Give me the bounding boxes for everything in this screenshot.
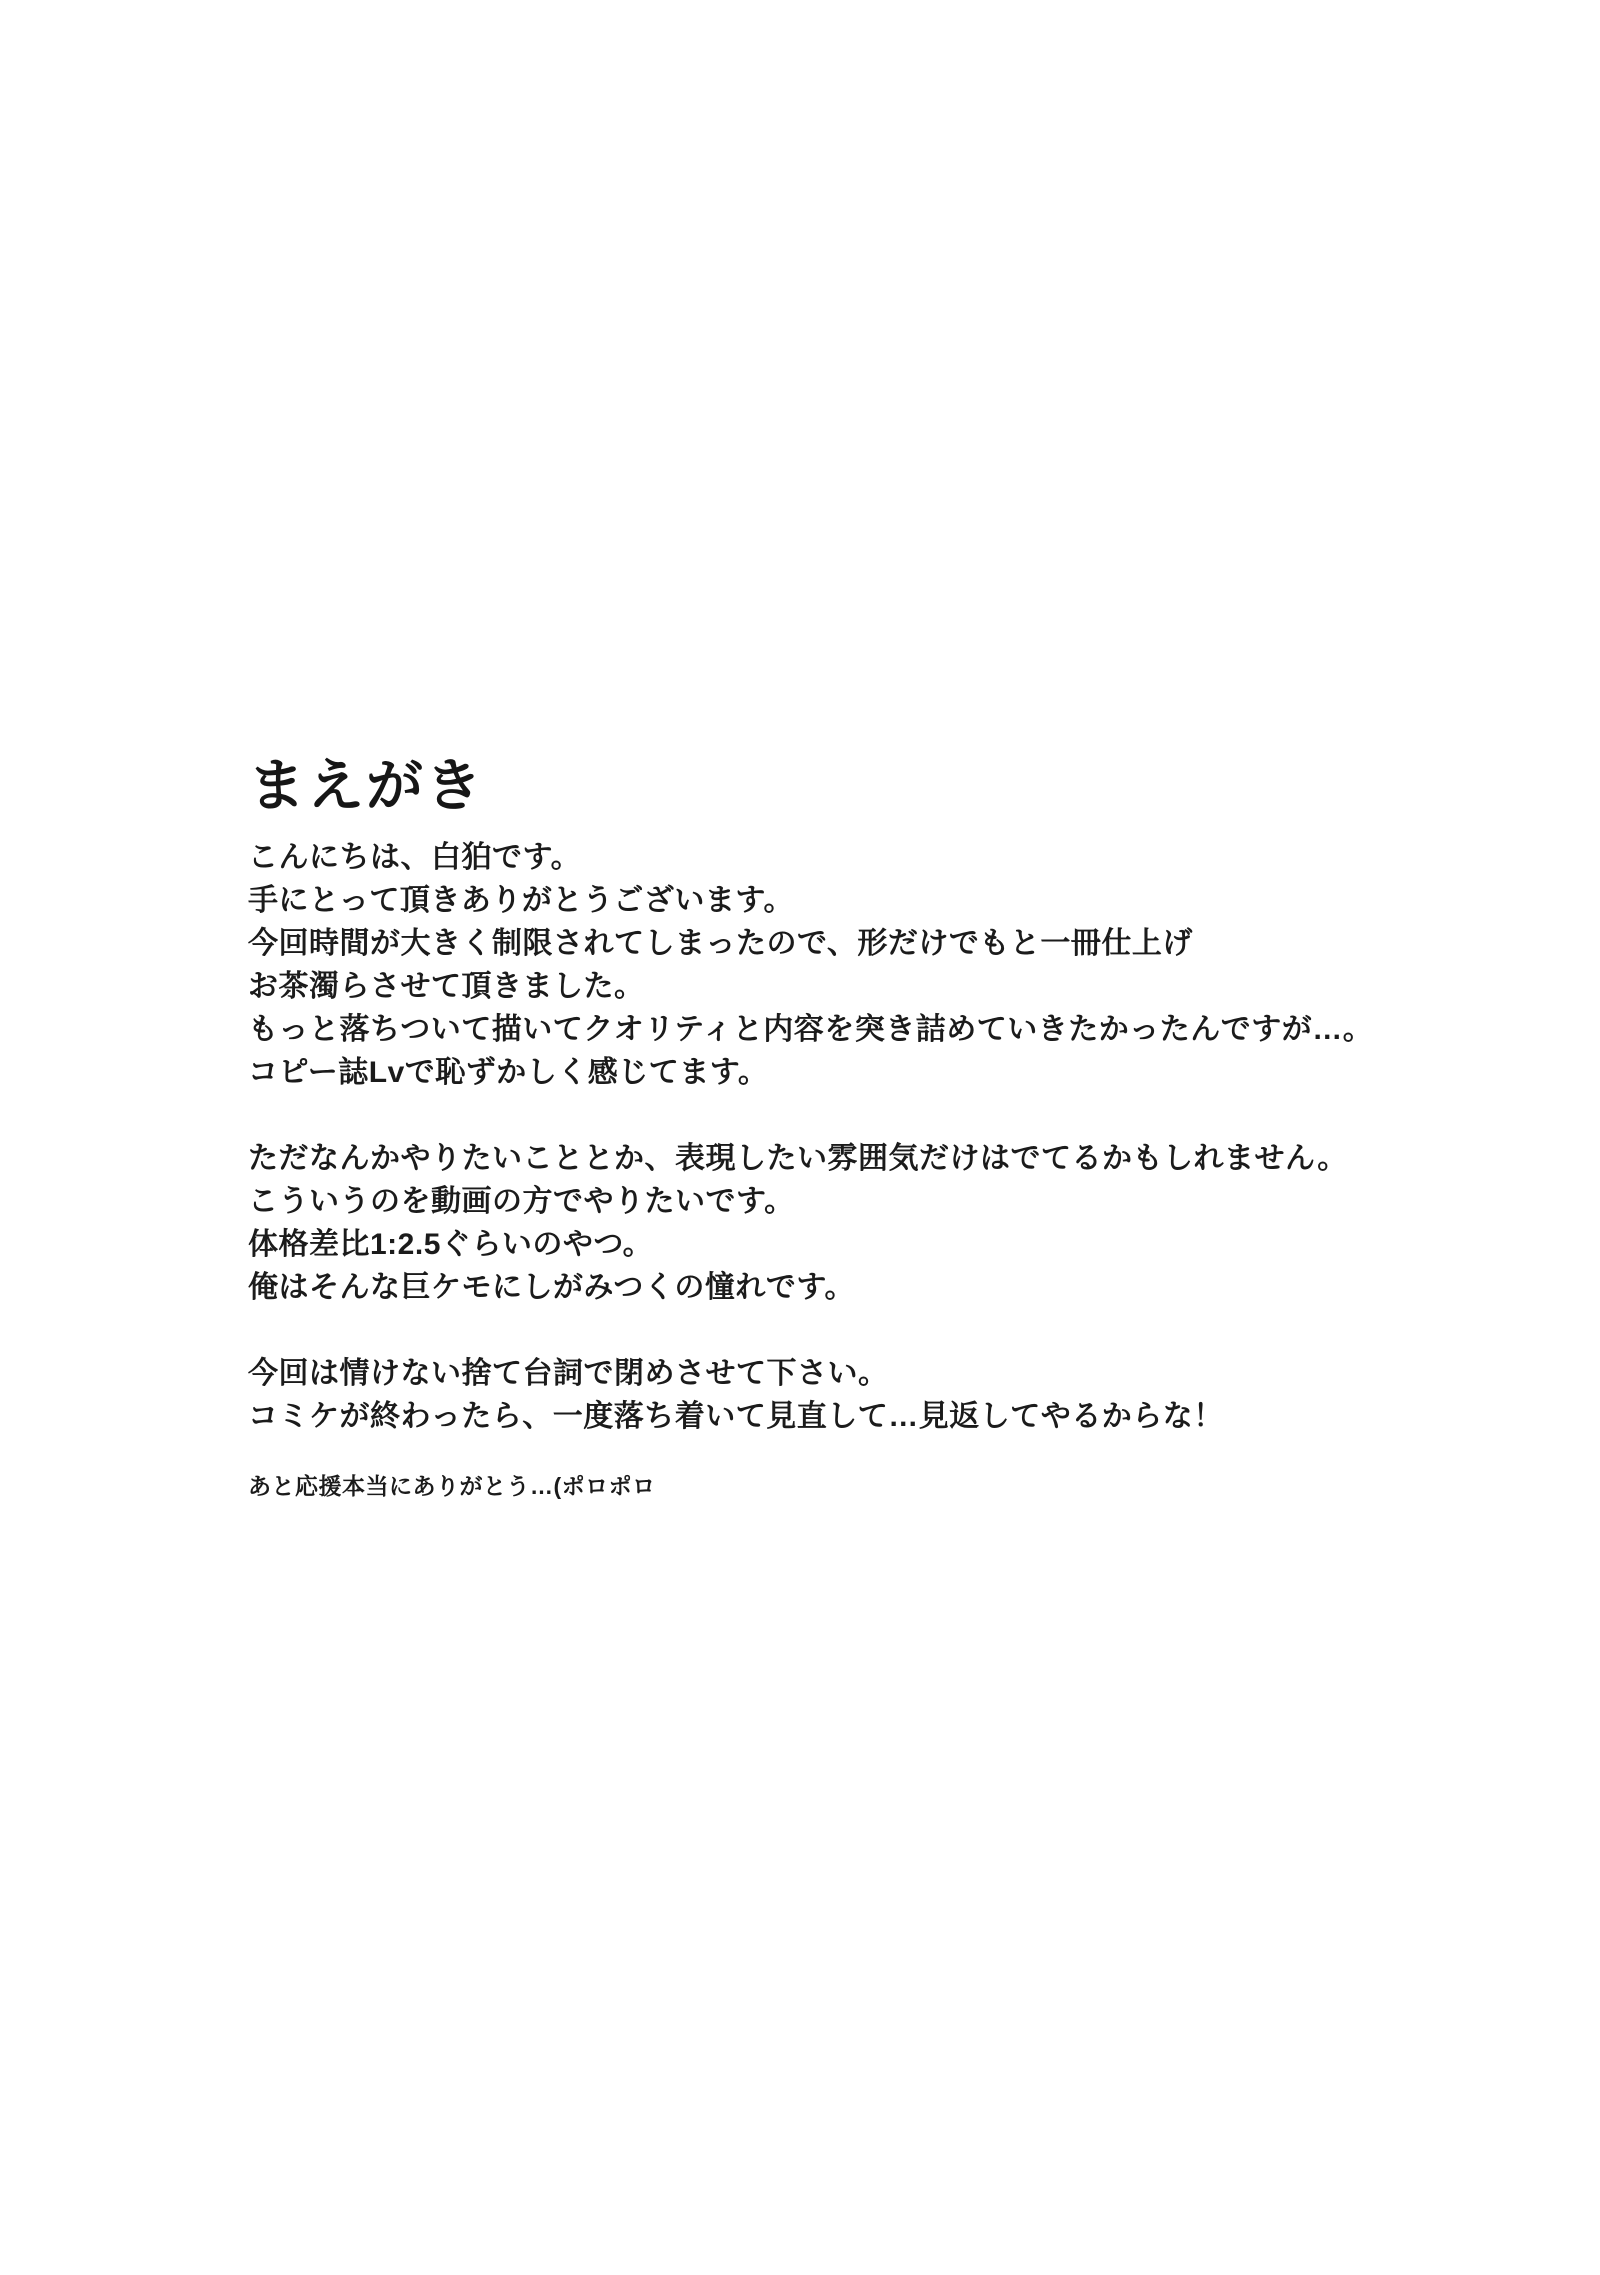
preface-line: ただなんかやりたいこととか、表現したい雰囲気だけはでてるかもしれません。 bbox=[248, 1137, 1528, 1180]
preface-line: こういうのを動画の方でやりたいです。 bbox=[248, 1180, 1528, 1223]
preface-line: コミケが終わったら、一度落ち着いて見直して…見返してやるからな！ bbox=[248, 1395, 1528, 1438]
preface-line: こんにちは、白狛です。 bbox=[248, 836, 1528, 879]
preface-line: 手にとって頂きありがとうございます。 bbox=[248, 879, 1528, 922]
preface-line: 今回は情けない捨て台詞で閉めさせて下さい。 bbox=[248, 1352, 1528, 1395]
preface-footnote: あと応援本当にありがとう…(ポロポロ bbox=[248, 1471, 1528, 1501]
preface-text-block: まえがき こんにちは、白狛です。 手にとって頂きありがとうございます。 今回時間… bbox=[248, 756, 1528, 1501]
preface-paragraph-3: 今回は情けない捨て台詞で閉めさせて下さい。 コミケが終わったら、一度落ち着いて見… bbox=[248, 1352, 1528, 1438]
preface-paragraph-2: ただなんかやりたいこととか、表現したい雰囲気だけはでてるかもしれません。 こうい… bbox=[248, 1137, 1528, 1309]
scanned-preface-page: まえがき こんにちは、白狛です。 手にとって頂きありがとうございます。 今回時間… bbox=[0, 0, 1600, 2275]
preface-line: お茶濁らさせて頂きました。 bbox=[248, 965, 1528, 1008]
preface-line: 俺はそんな巨ケモにしがみつくの憧れです。 bbox=[248, 1266, 1528, 1309]
preface-line: コピー誌Lvで恥ずかしく感じてます。 bbox=[248, 1051, 1528, 1094]
page-title: まえがき bbox=[248, 756, 1528, 816]
preface-line: もっと落ちついて描いてクオリティと内容を突き詰めていきたかったんですが…。 bbox=[248, 1008, 1528, 1051]
preface-paragraph-1: こんにちは、白狛です。 手にとって頂きありがとうございます。 今回時間が大きく制… bbox=[248, 836, 1528, 1094]
preface-line: 今回時間が大きく制限されてしまったので、形だけでもと一冊仕上げ bbox=[248, 922, 1528, 965]
preface-line: 体格差比1:2.5ぐらいのやつ。 bbox=[248, 1223, 1528, 1266]
